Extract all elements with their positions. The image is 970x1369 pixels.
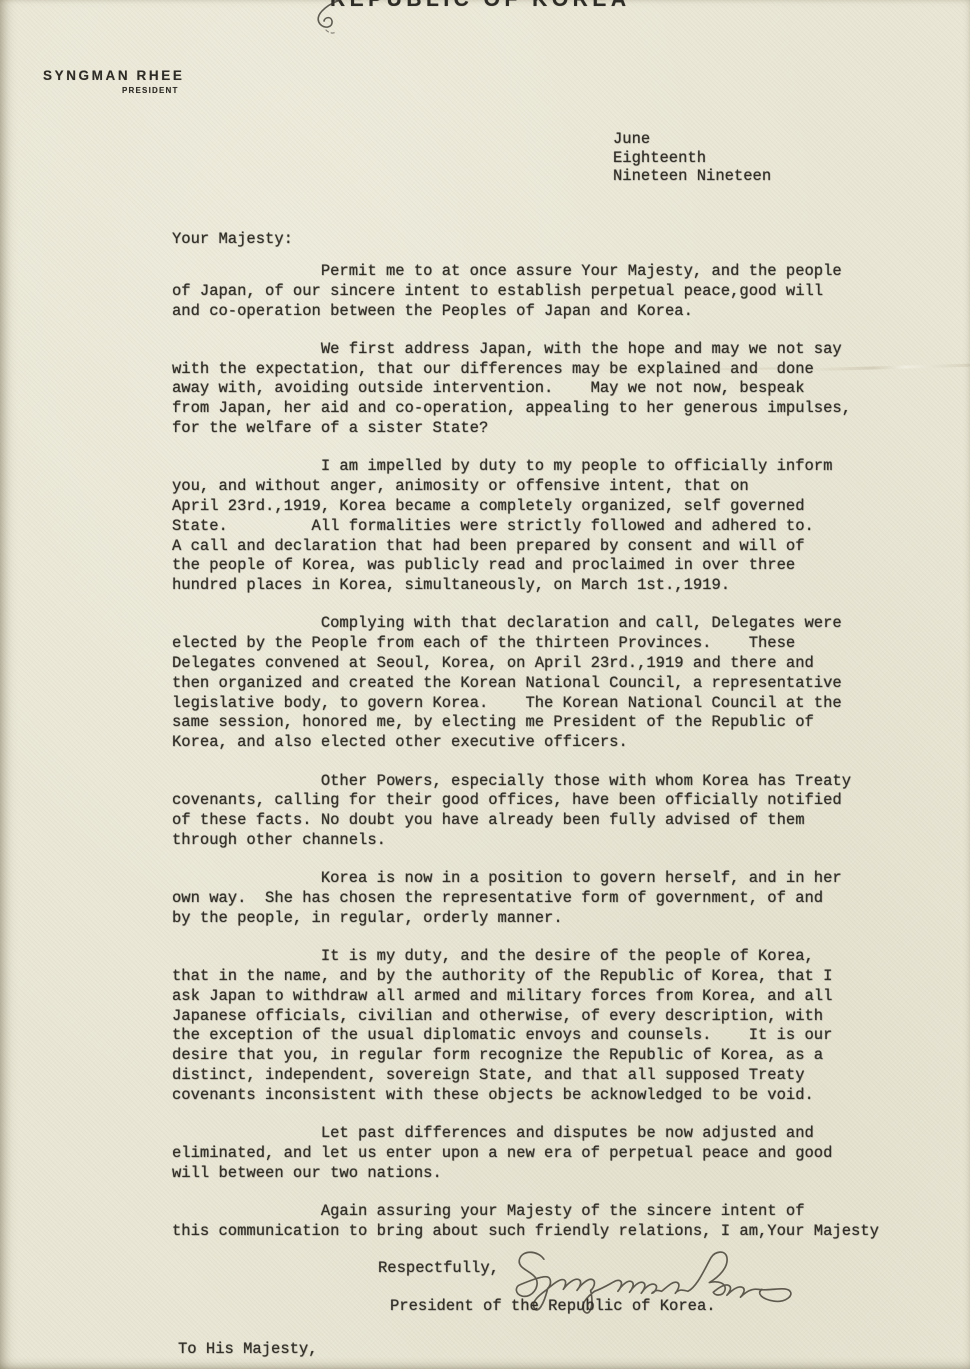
letter-paragraph: Korea is now in a position to govern her… bbox=[172, 869, 954, 928]
letter-paragraph: It is my duty, and the desire of the peo… bbox=[172, 947, 954, 1105]
letter-paragraph: We first address Japan, with the hope an… bbox=[172, 340, 954, 439]
sender-name: SYNGMAN RHEE bbox=[43, 68, 184, 83]
salutation: Your Majesty: bbox=[172, 230, 293, 250]
letter-paragraph: Permit me to at once assure Your Majesty… bbox=[172, 262, 954, 321]
pen-mark-icon bbox=[306, 0, 352, 40]
closing-signed-title: President of the Republic of Korea. bbox=[390, 1297, 716, 1317]
letterhead-title: REPUBLIC OF KOREA bbox=[330, 0, 631, 12]
closing-addressee: To His Majesty, bbox=[178, 1340, 318, 1360]
sender-block: SYNGMAN RHEE PRESIDENT bbox=[43, 68, 184, 95]
letter-body: Permit me to at once assure Your Majesty… bbox=[172, 262, 954, 1260]
letter-page: REPUBLIC OF KOREA SYNGMAN RHEE PRESIDENT… bbox=[0, 0, 970, 1369]
date-month: June bbox=[613, 130, 771, 149]
closing-respectfully: Respectfully, bbox=[378, 1259, 499, 1279]
letter-paragraph: Complying with that declaration and call… bbox=[172, 614, 954, 753]
letter-paragraph: I am impelled by duty to my people to of… bbox=[172, 457, 954, 596]
sender-title: PRESIDENT bbox=[122, 86, 184, 95]
letter-paragraph: Let past differences and disputes be now… bbox=[172, 1124, 954, 1183]
date-year: Nineteen Nineteen bbox=[613, 167, 771, 186]
letter-paragraph: Again assuring your Majesty of the since… bbox=[172, 1202, 954, 1242]
date-block: June Eighteenth Nineteen Nineteen bbox=[613, 130, 771, 186]
date-day: Eighteenth bbox=[613, 149, 771, 168]
letter-paragraph: Other Powers, especially those with whom… bbox=[172, 772, 954, 851]
